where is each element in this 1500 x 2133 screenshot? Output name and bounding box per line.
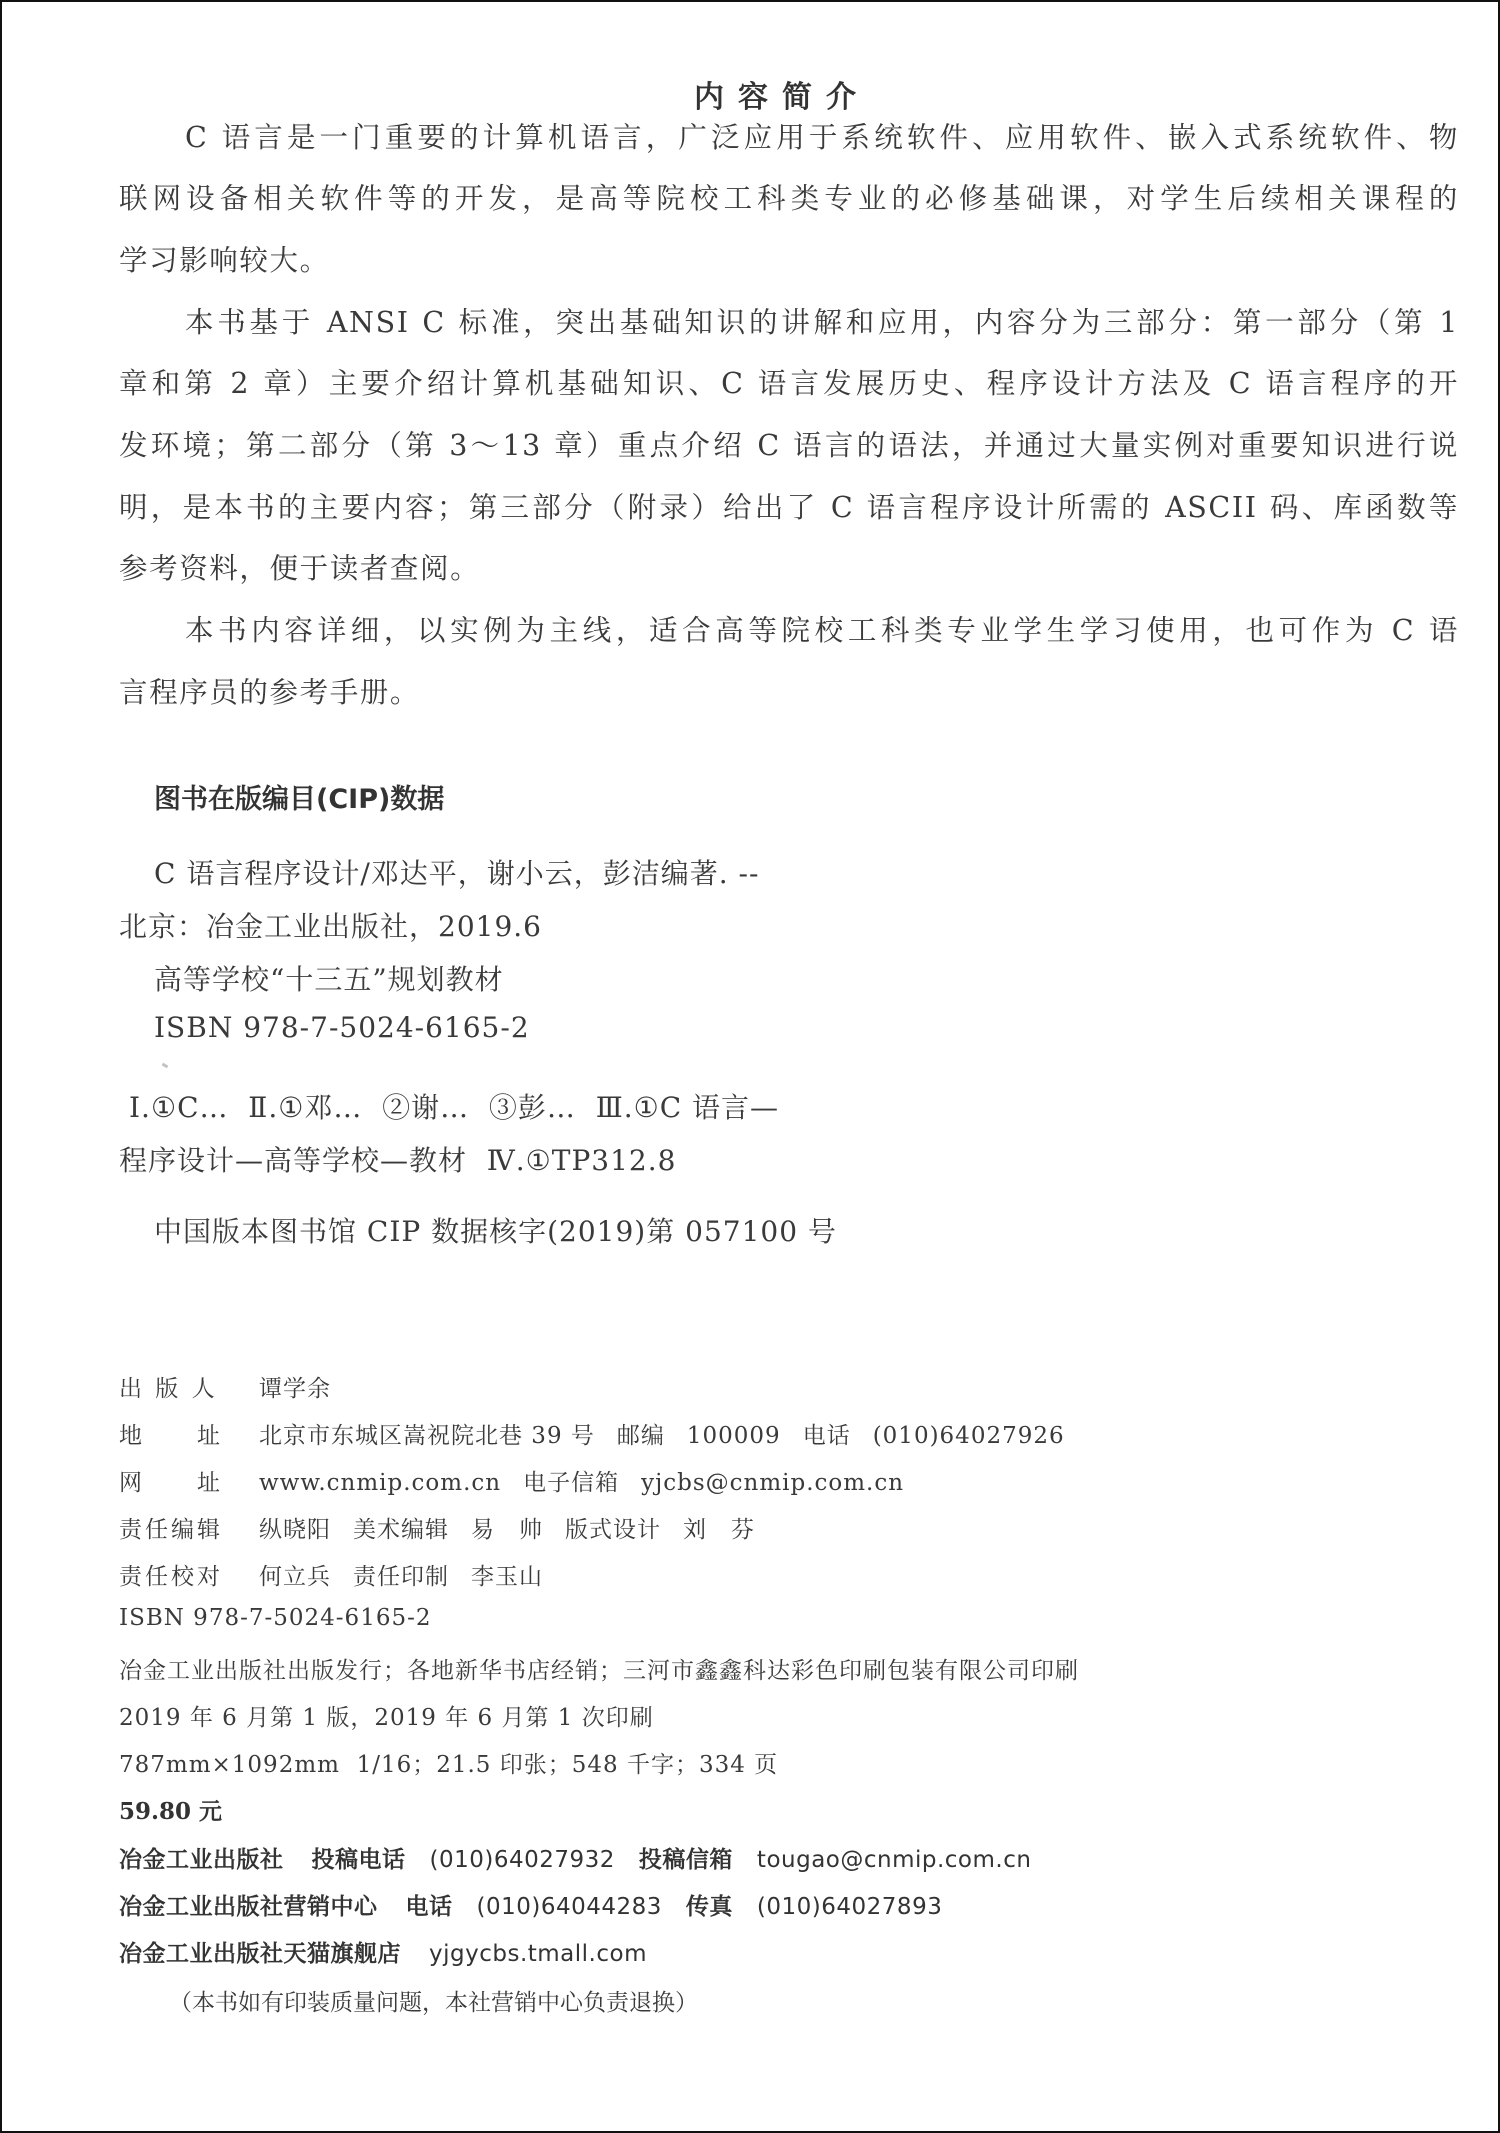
tmall-url: yjgycbs.tmall.com bbox=[429, 1941, 647, 1967]
cip-line: 程序设计—高等学校—教材 Ⅳ.①TP312.8 bbox=[119, 1139, 676, 1179]
print-manager-label: 责任印制 bbox=[353, 1564, 449, 1590]
cip-line: Ⅰ.①C… Ⅱ.①邓… ②谢… ③彭… Ⅲ.①C 语言— bbox=[129, 1086, 779, 1126]
proofreader-label: 责任校对 bbox=[119, 1558, 259, 1591]
paragraph-line: 章和第 2 章）主要介绍计算机基础知识、C 语言发展历史、程序设计方法及 C 语… bbox=[119, 361, 1459, 402]
paragraph-line: 本书内容详细，以实例为主线，适合高等院校工科类专业学生学习使用，也可作为 C 语 bbox=[185, 608, 1459, 649]
paragraph-line: 本书基于 ANSI C 标准，突出基础知识的讲解和应用，内容分为三部分：第一部分… bbox=[185, 300, 1459, 341]
website-label: 网 址 bbox=[119, 1464, 259, 1497]
publisher-name: 谭学余 bbox=[259, 1376, 331, 1402]
address-value: 北京市东城区嵩祝院北巷 39 号 bbox=[259, 1423, 595, 1449]
website-row: 网 址www.cnmip.com.cn电子信箱yjcbs@cnmip.com.c… bbox=[119, 1464, 904, 1497]
postcode-label: 邮编 bbox=[617, 1423, 665, 1449]
intro-title: 内容简介 bbox=[2, 72, 1500, 116]
contact-row-marketing: 冶金工业出版社营销中心电话(010)64044283传真(010)6402789… bbox=[119, 1888, 942, 1921]
cip-line: C 语言程序设计/邓达平，谢小云，彭洁编著. -- bbox=[154, 852, 759, 892]
layout-value: 刘 芬 bbox=[683, 1517, 755, 1543]
layout-label: 版式设计 bbox=[565, 1517, 661, 1543]
submission-email: tougao@cnmip.com.cn bbox=[757, 1847, 1032, 1873]
contact-row-submission: 冶金工业出版社投稿电话(010)64027932投稿信箱tougao@cnmip… bbox=[119, 1841, 1031, 1874]
return-note: （本书如有印装质量问题，本社营销中心负责退换） bbox=[169, 1984, 698, 2017]
editor-label: 责任编辑 bbox=[119, 1511, 259, 1544]
paragraph-line: 言程序员的参考手册。 bbox=[119, 670, 1459, 711]
marketing-phone-label: 电话 bbox=[406, 1894, 453, 1920]
edition: 2019 年 6 月第 1 版，2019 年 6 月第 1 次印刷 bbox=[119, 1699, 654, 1732]
isbn: ISBN 978-7-5024-6165-2 bbox=[119, 1605, 432, 1631]
address-label: 地 址 bbox=[119, 1417, 259, 1450]
phone-value: (010)64027926 bbox=[873, 1423, 1065, 1449]
format: 787mm×1092mm 1/16；21.5 印张；548 千字；334 页 bbox=[119, 1746, 778, 1779]
paragraph-line: 发环境；第二部分（第 3～13 章）重点介绍 C 语言的语法，并通过大量实例对重… bbox=[119, 423, 1459, 464]
distribution: 冶金工业出版社出版发行；各地新华书店经销；三河市鑫鑫科达彩色印刷包装有限公司印刷 bbox=[119, 1652, 1079, 1685]
cip-line: 高等学校“十三五”规划教材 bbox=[154, 958, 504, 998]
editors-row: 责任编辑纵晓阳美术编辑易 帅版式设计刘 芬 bbox=[119, 1511, 755, 1544]
cip-heading: 图书在版编目(CIP)数据 bbox=[154, 777, 444, 816]
proof-row: 责任校对何立兵责任印制李玉山 bbox=[119, 1558, 543, 1591]
fax-value: (010)64027893 bbox=[757, 1894, 942, 1920]
marketing-center-name: 冶金工业出版社营销中心 bbox=[119, 1894, 378, 1920]
proofreader-value: 何立兵 bbox=[259, 1564, 331, 1590]
paragraph-line: 学习影响较大。 bbox=[119, 238, 1459, 279]
tmall-store-name: 冶金工业出版社天猫旗舰店 bbox=[119, 1941, 401, 1967]
paragraph-line: 明，是本书的主要内容；第三部分（附录）给出了 C 语言程序设计所需的 ASCII… bbox=[119, 485, 1459, 526]
submission-phone: (010)64027932 bbox=[430, 1847, 615, 1873]
publisher-name: 冶金工业出版社 bbox=[119, 1847, 284, 1873]
art-editor-label: 美术编辑 bbox=[353, 1517, 449, 1543]
publisher-row: 出 版 人谭学余 bbox=[119, 1370, 331, 1403]
price: 59.80 元 bbox=[119, 1793, 222, 1826]
phone-label: 电话 bbox=[803, 1423, 851, 1449]
postcode-value: 100009 bbox=[687, 1423, 781, 1449]
submission-email-label: 投稿信箱 bbox=[639, 1847, 733, 1873]
marketing-phone: (010)64044283 bbox=[477, 1894, 662, 1920]
contact-row-tmall: 冶金工业出版社天猫旗舰店yjgycbs.tmall.com bbox=[119, 1935, 647, 1968]
publisher-label: 出 版 人 bbox=[119, 1370, 259, 1403]
book-copyright-page: 内容简介 C 语言是一门重要的计算机语言，广泛应用于系统软件、应用软件、嵌入式系… bbox=[0, 0, 1500, 2133]
address-row: 地 址北京市东城区嵩祝院北巷 39 号邮编100009电话(010)640279… bbox=[119, 1417, 1065, 1450]
paragraph-line: 联网设备相关软件等的开发，是高等院校工科类专业的必修基础课，对学生后续相关课程的 bbox=[119, 176, 1459, 217]
fax-label: 传真 bbox=[686, 1894, 733, 1920]
art-editor-value: 易 帅 bbox=[471, 1517, 543, 1543]
website-value: www.cnmip.com.cn bbox=[259, 1470, 501, 1496]
email-label: 电子信箱 bbox=[523, 1470, 619, 1496]
paragraph-line: C 语言是一门重要的计算机语言，广泛应用于系统软件、应用软件、嵌入式系统软件、物 bbox=[185, 115, 1459, 156]
cip-line: 中国版本图书馆 CIP 数据核字(2019)第 057100 号 bbox=[154, 1210, 837, 1250]
cip-line: ISBN 978-7-5024-6165-2 bbox=[154, 1011, 530, 1044]
email-value: yjcbs@cnmip.com.cn bbox=[641, 1470, 904, 1496]
submission-phone-label: 投稿电话 bbox=[312, 1847, 406, 1873]
cip-line: 北京：冶金工业出版社，2019.6 bbox=[119, 905, 542, 945]
editor-value: 纵晓阳 bbox=[259, 1517, 331, 1543]
print-speck bbox=[162, 1063, 169, 1069]
paragraph-line: 参考资料，便于读者查阅。 bbox=[119, 546, 1459, 587]
print-manager-value: 李玉山 bbox=[471, 1564, 543, 1590]
